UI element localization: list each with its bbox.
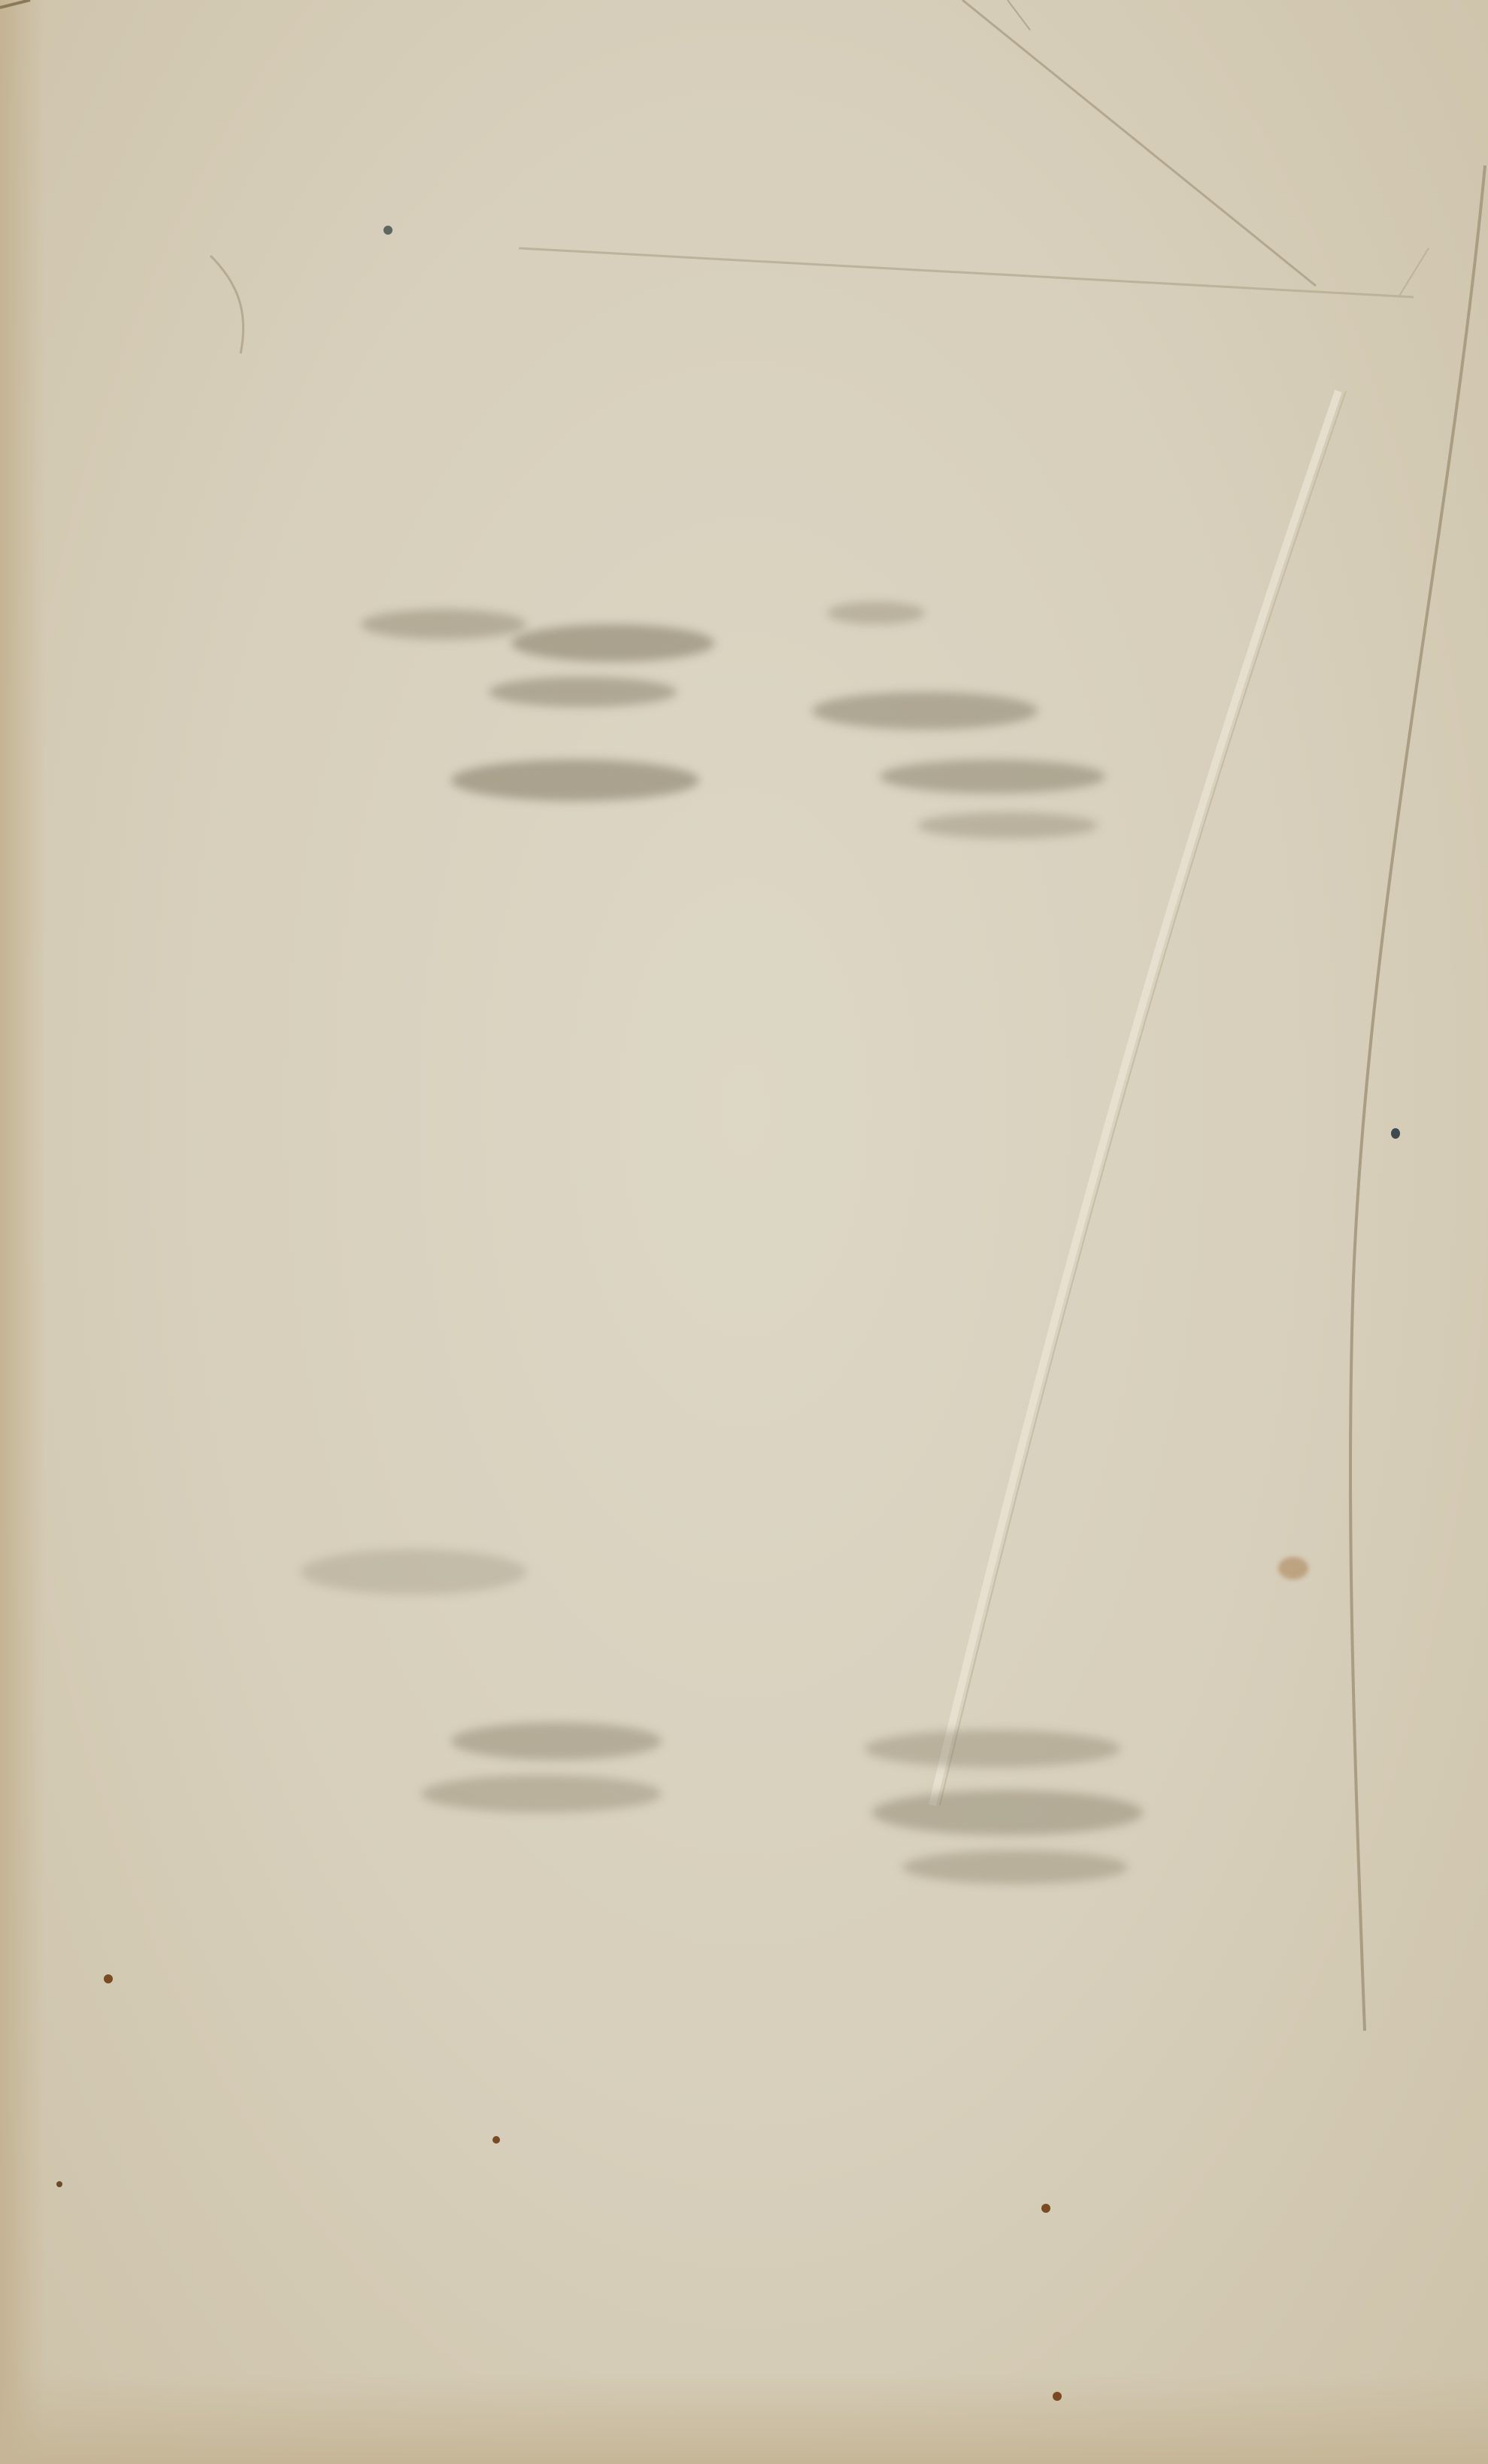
aged-paper-page	[0, 0, 1488, 2464]
